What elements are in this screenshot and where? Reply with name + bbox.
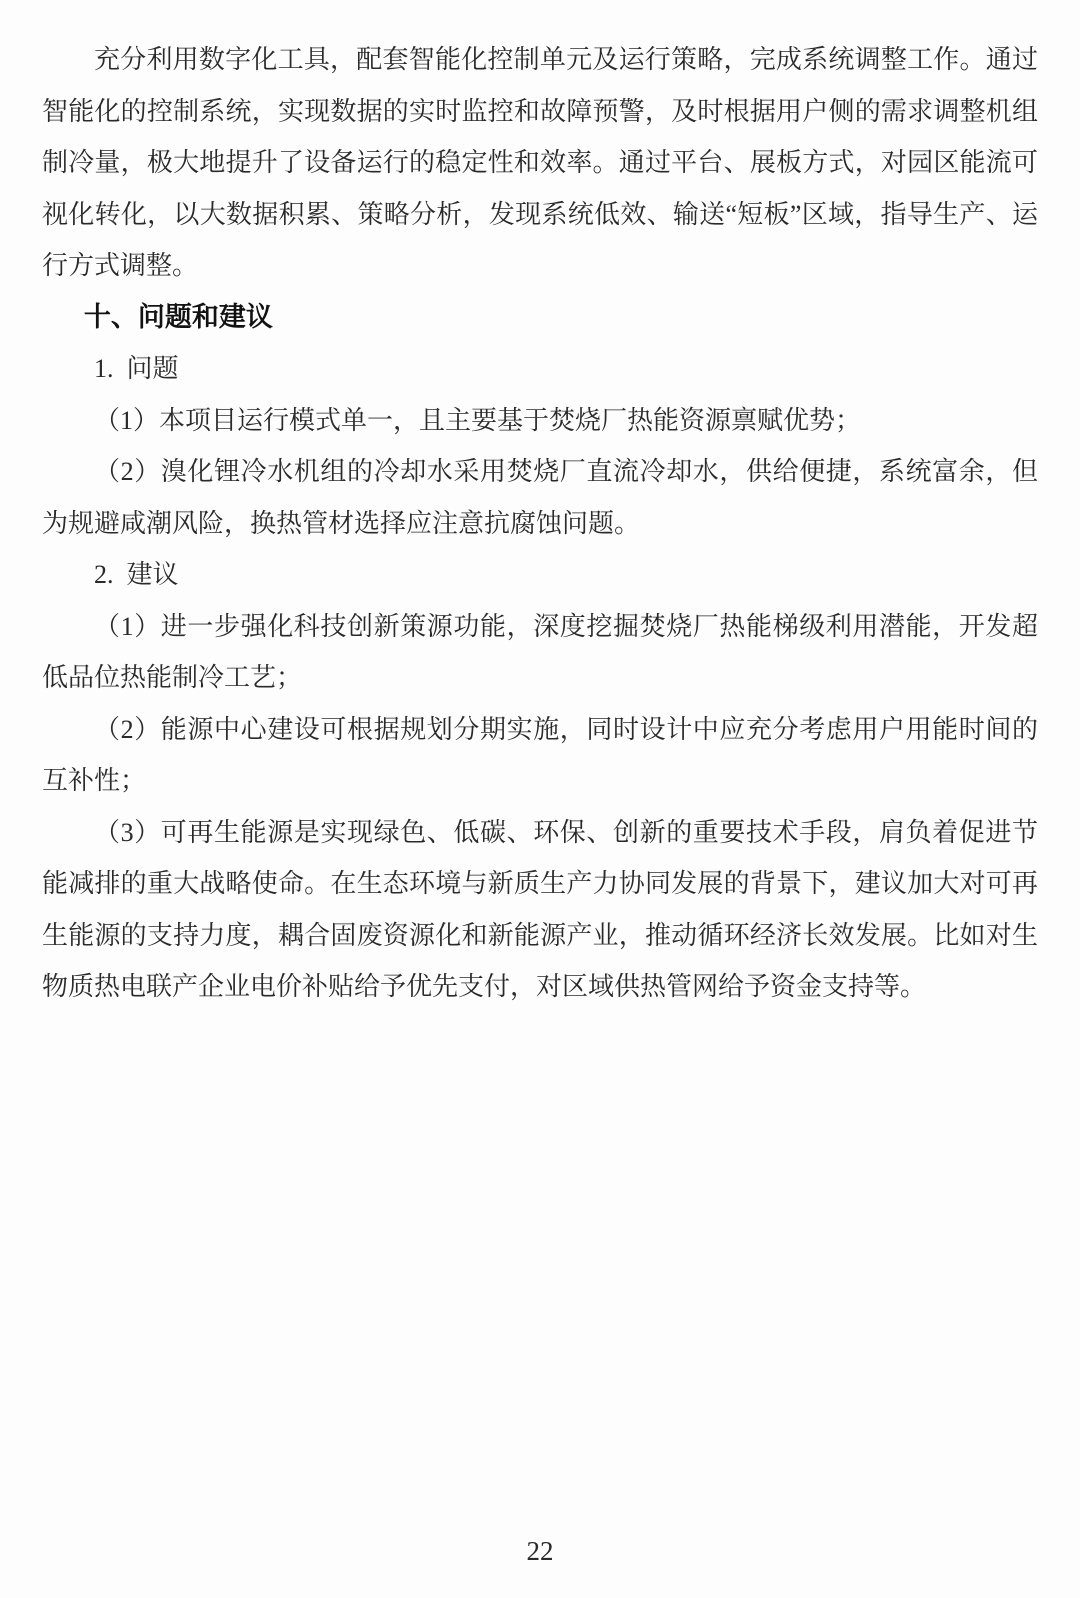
suggestion-item-3: （3）可再生能源是实现绿色、低碳、环保、创新的重要技术手段，肩负着促进节能减排的… (42, 807, 1038, 1013)
paragraph-digital-tools: 充分利用数字化工具，配套智能化控制单元及运行策略，完成系统调整工作。通过智能化的… (42, 34, 1038, 292)
problem-item-2: （2）溴化锂冷水机组的冷却水采用焚烧厂直流冷却水，供给便捷，系统富余，但为规避咸… (42, 446, 1038, 549)
section-heading-problems-and-suggestions: 十、问题和建议 (42, 292, 1038, 344)
subsection-heading-problems: 1. 问题 (42, 343, 1038, 395)
suggestion-item-2: （2）能源中心建设可根据规划分期实施，同时设计中应充分考虑用户用能时间的互补性； (42, 704, 1038, 807)
subsection-heading-suggestions: 2. 建议 (42, 549, 1038, 601)
document-body: 充分利用数字化工具，配套智能化控制单元及运行策略，完成系统调整工作。通过智能化的… (42, 34, 1038, 1013)
suggestion-item-1: （1）进一步强化科技创新策源功能，深度挖掘焚烧厂热能梯级利用潜能，开发超低品位热… (42, 601, 1038, 704)
page-number: 22 (527, 1536, 554, 1566)
page-footer: 22 (0, 1536, 1080, 1567)
document-page: 充分利用数字化工具，配套智能化控制单元及运行策略，完成系统调整工作。通过智能化的… (0, 0, 1080, 1598)
problem-item-1: （1）本项目运行模式单一，且主要基于焚烧厂热能资源禀赋优势； (42, 395, 1038, 447)
